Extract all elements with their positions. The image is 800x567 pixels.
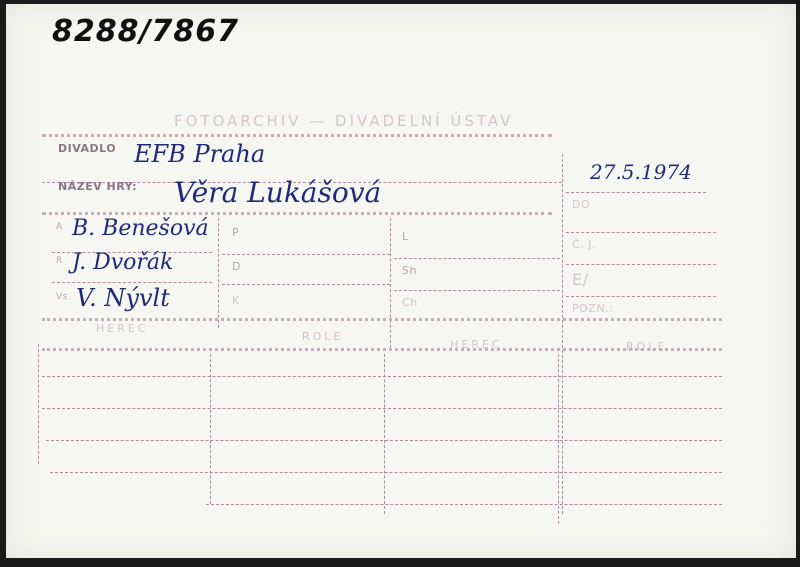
side-field-label: Č. J. (572, 238, 596, 251)
credit-label: A (56, 222, 63, 232)
column-header: HEREC (96, 322, 149, 335)
divadlo-value: EFB Praha (134, 140, 265, 168)
date-value: 27.5.1974 (590, 160, 692, 184)
credit-value: B. Benešová (72, 216, 209, 241)
credit-label: Ch (402, 296, 418, 309)
credit-label: R (56, 256, 63, 266)
column-header: ROLE (626, 340, 667, 353)
divadlo-label: DIVADLO (58, 142, 116, 155)
archive-card: 8288/7867 FOTOARCHIV — DIVADELNÍ ÚSTAV D… (6, 4, 796, 558)
nazev-value: Věra Lukášová (174, 176, 381, 209)
credit-value: V. Nývlt (76, 284, 170, 312)
credit-label: D (232, 260, 241, 273)
side-field-label: E/ (572, 270, 589, 289)
stamp-header: FOTOARCHIV — DIVADELNÍ ÚSTAV (174, 112, 513, 130)
credit-value: J. Dvořák (72, 250, 173, 275)
side-field-label: POZN.: (572, 302, 613, 315)
credit-label: Sh (402, 264, 417, 277)
credit-label: L (402, 230, 409, 243)
credit-label: K (232, 294, 240, 307)
column-header: ROLE (302, 330, 343, 343)
archive-number: 8288/7867 (52, 14, 239, 49)
side-field-label: DO (572, 198, 590, 211)
credit-label: P (232, 226, 239, 239)
credit-label: Vs (56, 292, 68, 302)
nazev-label: NÁZEV HRY: (58, 180, 137, 193)
